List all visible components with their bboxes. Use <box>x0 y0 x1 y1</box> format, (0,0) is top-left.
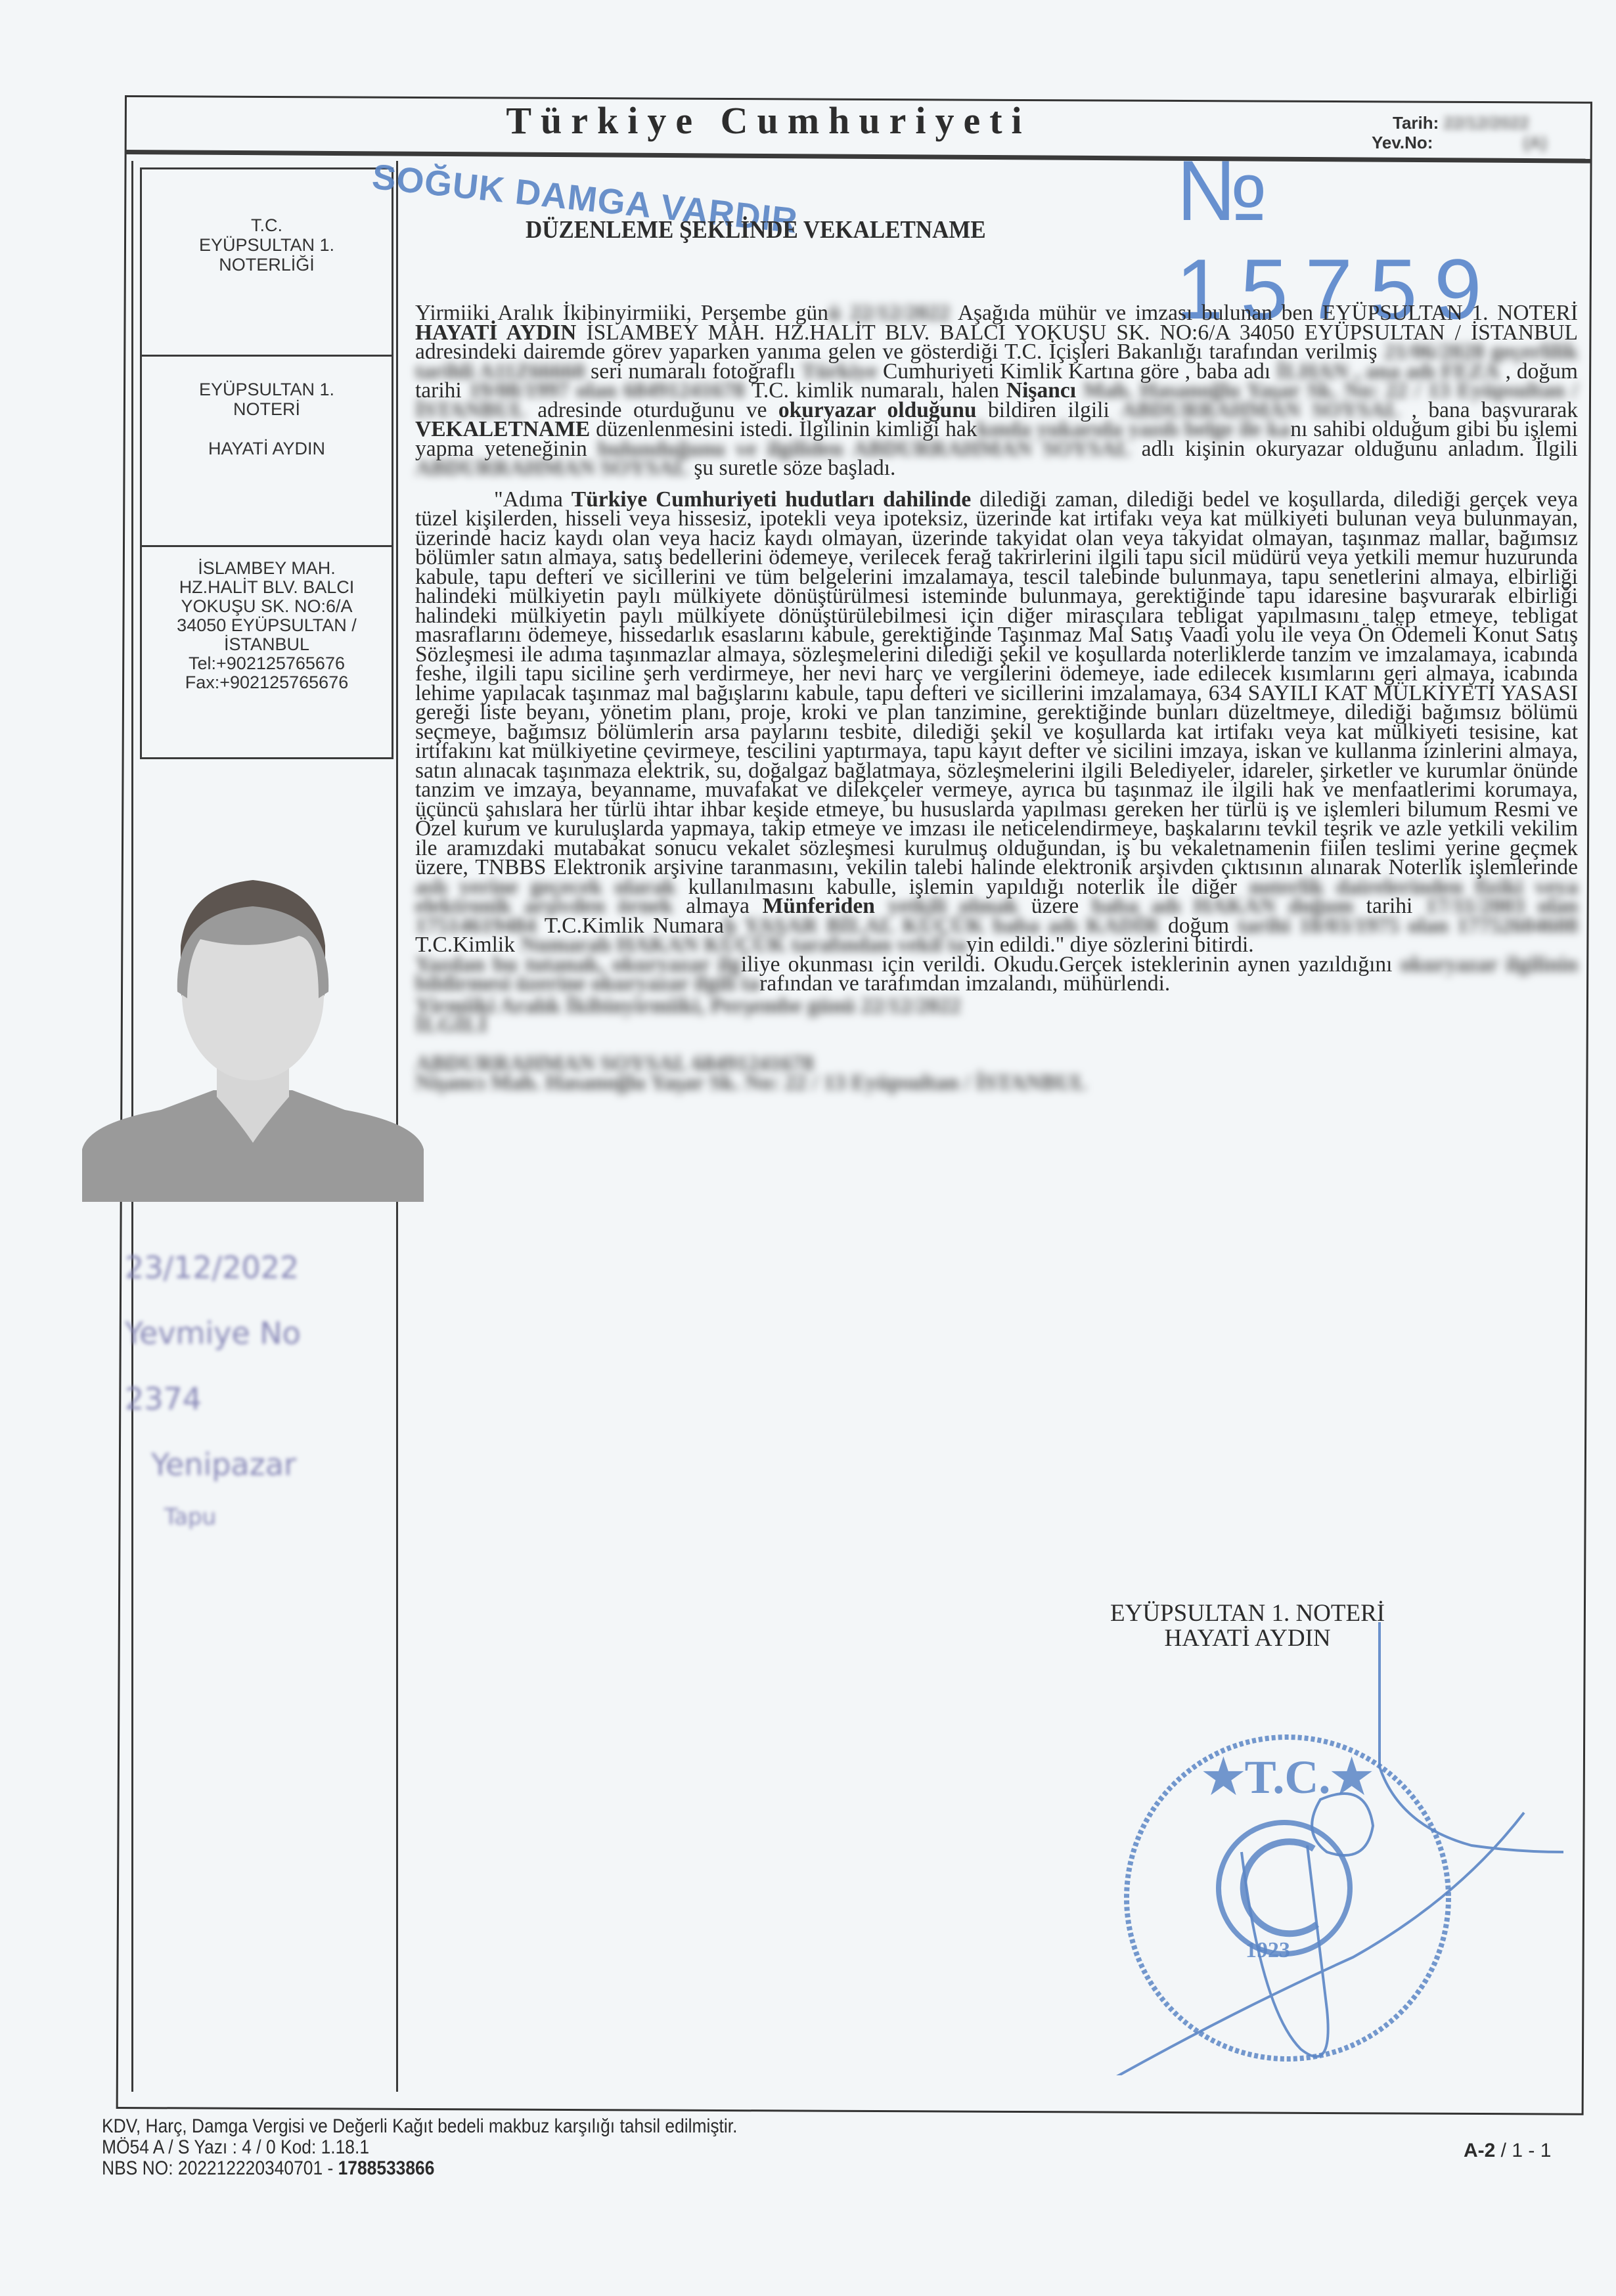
page-number: A-2 / 1 - 1 <box>1464 2140 1551 2162</box>
notary-name-box: EYÜPSULTAN 1. NOTERİ HAYATİ AYDIN <box>140 355 393 547</box>
redacted-line: Yirmiiki Aralık İkibinyirmiiki, Perşembe… <box>415 996 1578 1016</box>
signature-title: EYÜPSULTAN 1. NOTERİ <box>1110 1601 1385 1626</box>
fax-number: Fax:+902125765676 <box>142 673 392 692</box>
fee-notice: KDV, Harç, Damga Vergisi ve Değerli Kağı… <box>102 2116 737 2137</box>
date-value: 22/12/2022 <box>1444 113 1529 133</box>
handwritten-place: Yenipazar <box>151 1432 301 1497</box>
person-silhouette-icon <box>82 860 424 1202</box>
office-line: NOTERLİĞİ <box>142 255 392 275</box>
svg-text:★T.C.★: ★T.C.★ <box>1202 1751 1373 1803</box>
statement-paragraph: "Adıma Türkiye Cumhuriyeti hudutları dah… <box>415 490 1578 955</box>
redacted-text: ABDURRAHMAN SOYSAL <box>415 456 688 480</box>
redacted-line: İLGİLİ <box>415 1015 1578 1035</box>
handwritten-date: 23/12/2022 <box>125 1235 301 1300</box>
address-line: 34050 EYÜPSULTAN / <box>142 616 392 635</box>
address-line: HZ.HALİT BLV. BALCI <box>142 578 392 597</box>
signature-name: HAYATİ AYDIN <box>1110 1626 1385 1651</box>
closing-paragraph: Yazılan bu tutanak, okuryazar ilgiliye o… <box>415 955 1578 994</box>
address-line: İSTANBUL <box>142 635 392 654</box>
notary-line: NOTERİ <box>142 399 392 419</box>
office-line: EYÜPSULTAN 1. <box>142 235 392 255</box>
svg-text:1923: 1923 <box>1246 1938 1290 1962</box>
phone-number: Tel:+902125765676 <box>142 654 392 673</box>
redacted-signatory-block: Yirmiiki Aralık İkibinyirmiiki, Perşembe… <box>415 996 1578 1093</box>
notary-signature-block: EYÜPSULTAN 1. NOTERİ HAYATİ AYDIN <box>1110 1601 1385 1651</box>
notary-line: EYÜPSULTAN 1. <box>142 380 392 399</box>
handwritten-office: Tapu <box>164 1497 301 1537</box>
document-body: Yirmiiki Aralık İkibinyirmiiki, Perşembe… <box>415 303 1578 1093</box>
notary-seal-icon: ★T.C.★ 1923 <box>1090 1616 1616 2075</box>
notary-address-box: İSLAMBEY MAH. HZ.HALİT BLV. BALCI YOKUŞU… <box>140 545 393 759</box>
redacted-line: Nişancı Mah. Hasanoğlu Yaşar Sk. No: 22 … <box>415 1073 1578 1093</box>
redacted-text: Türkiye <box>801 359 877 384</box>
document-footer: KDV, Harç, Damga Vergisi ve Değerli Kağı… <box>102 2116 737 2179</box>
address-line: YOKUŞU SK. NO:6/A <box>142 597 392 616</box>
handwritten-number: 2374 <box>125 1366 301 1432</box>
handwritten-note: 23/12/2022 Yevmiye No 2374 Yenipazar Tap… <box>125 1235 301 1537</box>
document-type-title: DÜZENLEME ŞEKLİNDE VEKALETNAME <box>526 215 986 244</box>
form-code: MÖ54 A / S Yazı : 4 / 0 Kod: 1.18.1 <box>102 2137 737 2158</box>
handwritten-label: Yevmiye No <box>125 1300 301 1366</box>
redacted-text: ü 22/12/2022 <box>828 301 950 325</box>
date-field: Tarih: 22/12/2022 <box>1393 113 1529 133</box>
date-label: Tarih: <box>1393 113 1439 133</box>
document-header-title: Türkiye Cumhuriyeti <box>407 99 1130 143</box>
office-line: T.C. <box>142 215 392 235</box>
notary-office-box: T.C. EYÜPSULTAN 1. NOTERLİĞİ <box>140 167 393 357</box>
nbs-number: NBS NO: 202212220340701 - 1788533866 <box>102 2158 737 2179</box>
redacted-text: tarihi 18/03/1975 olan 17752604608 <box>1238 914 1578 938</box>
address-line: İSLAMBEY MAH. <box>142 559 392 578</box>
intro-paragraph: Yirmiiki Aralık İkibinyirmiiki, Perşembe… <box>415 303 1578 478</box>
notary-name: HAYATİ AYDIN <box>142 439 392 458</box>
